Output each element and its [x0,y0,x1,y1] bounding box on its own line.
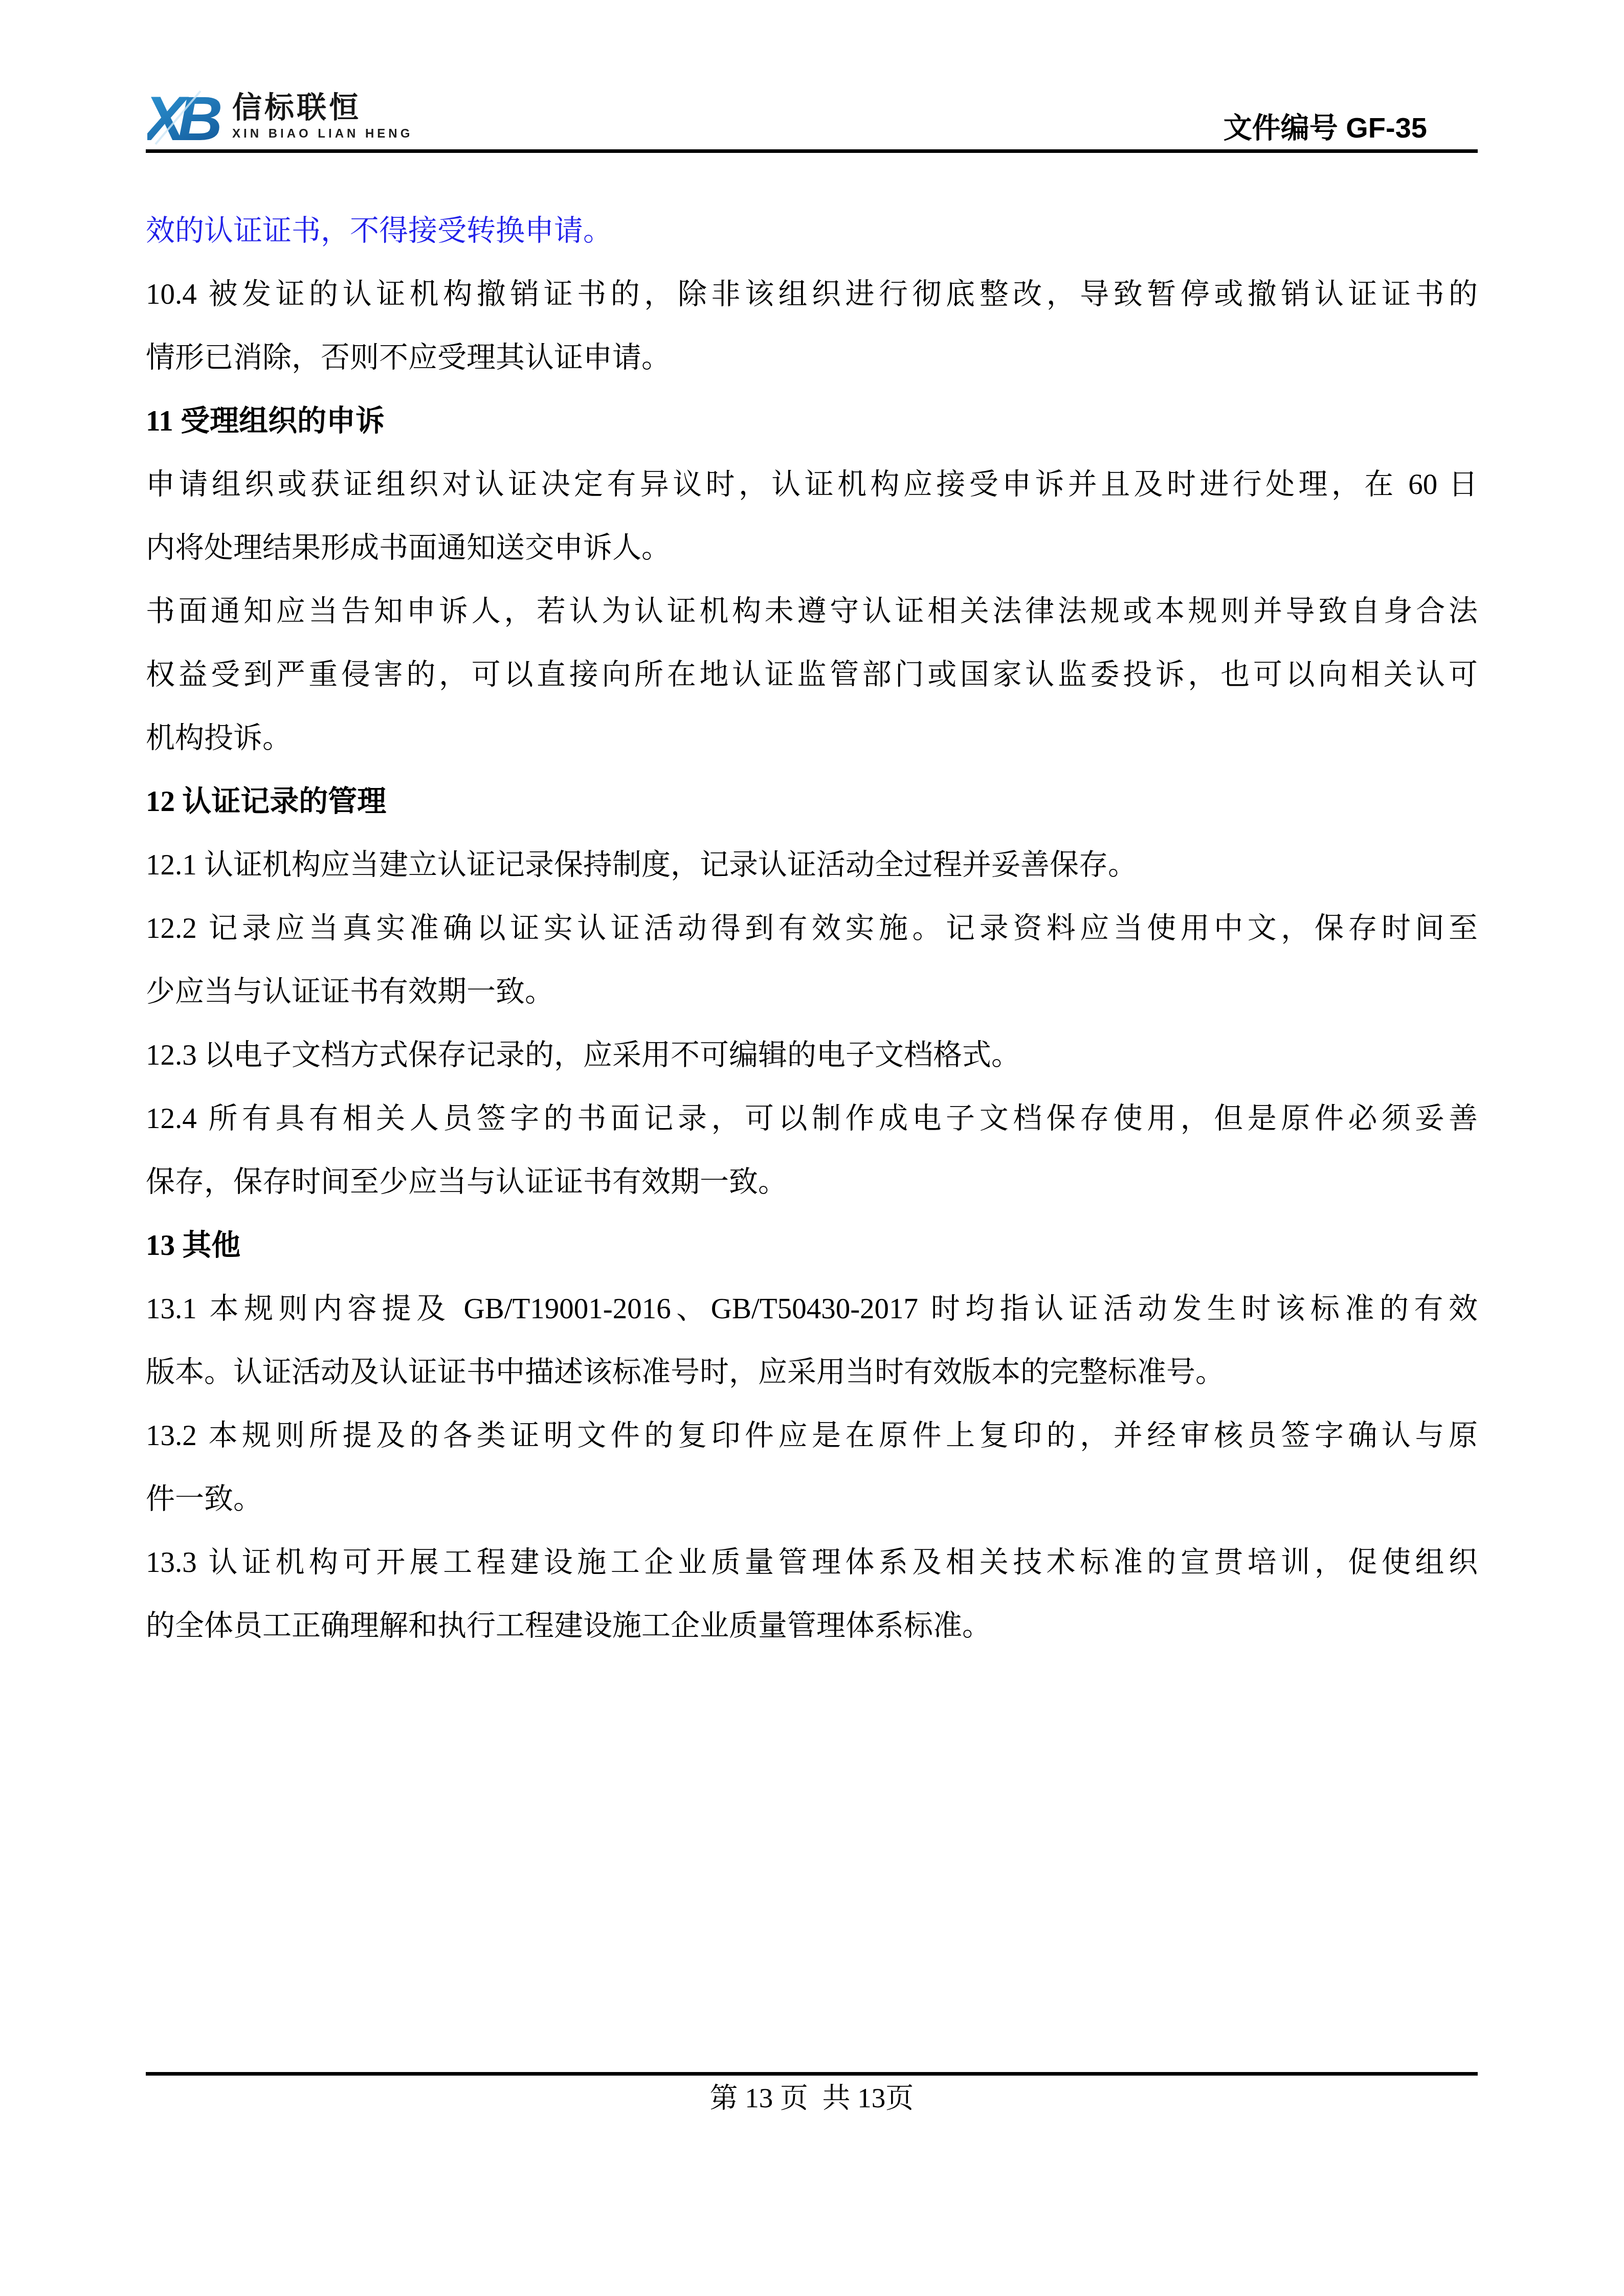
text-line: 12.2 记录应当真实准确以证实认证活动得到有效实施。记录资料应当使用中文，保存… [146,897,1478,960]
text-line: 13 其他 [146,1214,1478,1277]
logo-company-name: 信标联恒 [232,93,413,123]
text-line: 申请组织或获证组织对认证决定有异议时，认证机构应接受申诉并且及时进行处理，在 6… [146,453,1478,516]
text-line: 情形已消除，否则不应受理其认证申请。 [146,326,1478,390]
text-line: 的全体员工正确理解和执行工程建设施工企业质量管理体系标准。 [146,1594,1478,1658]
text-line: 件一致。 [146,1468,1478,1531]
text-line: 11 受理组织的申诉 [146,390,1478,453]
content: 效的认证证书，不得接受转换申请。10.4 被发证的认证机构撤销证书的，除非该组织… [146,199,1478,1658]
text-line: 权益受到严重侵害的，可以直接向所在地认证监管部门或国家认监委投诉，也可以向相关认… [146,643,1478,707]
text-line: 书面通知应当告知申诉人，若认为认证机构未遵守认证相关法律法规或本规则并导致自身合… [146,580,1478,643]
svg-text:XB: XB [147,88,220,145]
logo-romanization: XIN BIAO LIAN HENG [232,128,413,140]
text-line: 机构投诉。 [146,707,1478,770]
footer-divider [146,2072,1478,2076]
header-divider [146,149,1478,153]
text-line: 保存，保存时间至少应当与认证证书有效期一致。 [146,1151,1478,1214]
logo-text-block: 信标联恒 XIN BIAO LIAN HENG [232,93,413,140]
company-logo: XB 信标联恒 XIN BIAO LIAN HENG [147,84,413,148]
text-line: 10.4 被发证的认证机构撤销证书的，除非该组织进行彻底整改，导致暂停或撤销认证… [146,263,1478,326]
text-line: 13.2 本规则所提及的各类证明文件的复印件应是在原件上复印的，并经审核员签字确… [146,1404,1478,1468]
text-line: 13.3 认证机构可开展工程建设施工企业质量管理体系及相关技术标准的宣贯培训，促… [146,1531,1478,1594]
text-line: 12.1 认证机构应当建立认证记录保持制度，记录认证活动全过程并妥善保存。 [146,834,1478,897]
xb-logo-icon: XB [147,88,224,145]
text-line: 12.4 所有具有相关人员签字的书面记录，可以制作成电子文档保存使用，但是原件必… [146,1087,1478,1151]
footer-page-number: 第 13 页 共 13页 [146,2082,1478,2114]
text-line: 内将处理结果形成书面通知送交申诉人。 [146,516,1478,580]
document-page: XB 信标联恒 XIN BIAO LIAN HENG 文件编号 GF-35 效的… [0,0,1624,2296]
text-line: 12.3 以电子文档方式保存记录的，应采用不可编辑的电子文档格式。 [146,1024,1478,1087]
text-line: 13.1 本规则内容提及 GB/T19001-2016、GB/T50430-20… [146,1277,1478,1341]
document-code: 文件编号 GF-35 [1223,114,1427,142]
text-line: 12 认证记录的管理 [146,770,1478,834]
text-line: 效的认证证书，不得接受转换申请。 [146,199,1478,263]
text-line: 少应当与认证证书有效期一致。 [146,960,1478,1024]
text-line: 版本。认证活动及认证证书中描述该标准号时，应采用当时有效版本的完整标准号。 [146,1341,1478,1404]
